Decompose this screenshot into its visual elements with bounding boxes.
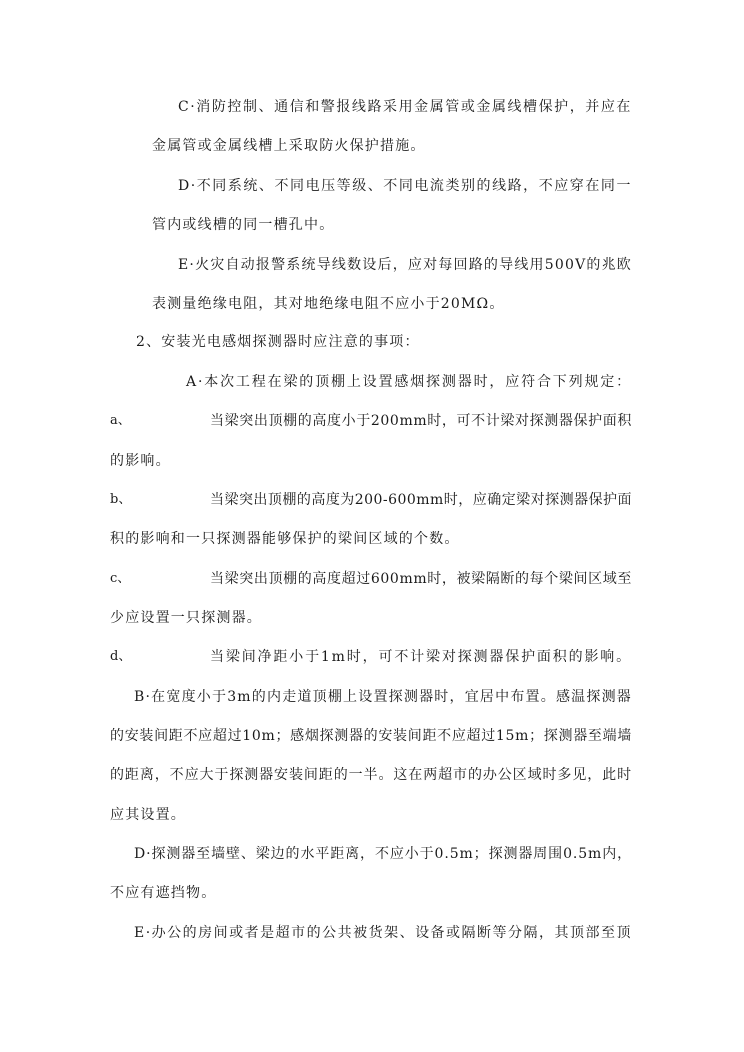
- paragraph-line: 当梁突出顶棚的高度超过600mm时，被梁隔断的每个梁间区域至: [210, 570, 632, 588]
- paragraph-line: 2、安装光电感烟探测器时应注意的事项：: [136, 333, 420, 351]
- list-marker: c、: [110, 570, 130, 588]
- paragraph-line: 的影响。: [110, 452, 171, 470]
- list-marker: d、: [110, 648, 131, 666]
- paragraph-line: 积的影响和一只探测器能够保护的梁间区域的个数。: [110, 530, 460, 548]
- paragraph-line: D·探测器至墙壁、梁边的水平距离，不应小于0.5m；探测器周围0.5m内，: [134, 845, 632, 863]
- paragraph-line: 表测量绝缘电阻，其对地绝缘电阻不应小于20MΩ。: [152, 295, 505, 313]
- paragraph-line: 的距离，不应大于探测器安装间距的一半。这在两超市的办公区域时多见，此时: [110, 766, 632, 784]
- paragraph-line: 当梁突出顶棚的高度小于200mm时，可不计梁对探测器保护面积: [210, 412, 632, 430]
- paragraph-line: 金属管或金属线槽上采取防火保护措施。: [152, 137, 426, 155]
- paragraph-line: E·火灾自动报警系统导线数设后，应对每回路的导线用500V的兆欧: [178, 256, 632, 274]
- paragraph-line: 当梁间净距小于1m时，可不计梁对探测器保护面积的影响。: [210, 648, 632, 666]
- list-marker: a、: [110, 412, 131, 430]
- paragraph-line: 管内或线槽的同一槽孔中。: [152, 216, 334, 234]
- paragraph-line: 当梁突出顶棚的高度为200-600mm时，应确定梁对探测器保护面: [210, 491, 632, 509]
- paragraph-line: B·在宽度小于3m的内走道顶棚上设置探测器时，宜居中布置。感温探测器: [134, 688, 632, 706]
- paragraph-line: A·本次工程在梁的顶棚上设置感烟探测器时，应符合下列规定：: [186, 373, 632, 391]
- paragraph-line: 应其设置。: [110, 806, 186, 824]
- paragraph-line: 的安装间距不应超过10m；感烟探测器的安装间距不应超过15m；探测器至端墙: [110, 727, 632, 745]
- list-marker: b、: [110, 491, 131, 509]
- paragraph-line: 少应设置一只探测器。: [110, 609, 262, 627]
- paragraph-line: D·不同系统、不同电压等级、不同电流类别的线路，不应穿在同一: [178, 177, 632, 195]
- paragraph-line: 不应有遮挡物。: [110, 884, 216, 902]
- paragraph-line: C·消防控制、通信和警报线路采用金属管或金属线槽保护，并应在: [178, 98, 632, 116]
- paragraph-line: E·办公的房间或者是超市的公共被货架、设备或隔断等分隔，其顶部至顶: [134, 924, 632, 942]
